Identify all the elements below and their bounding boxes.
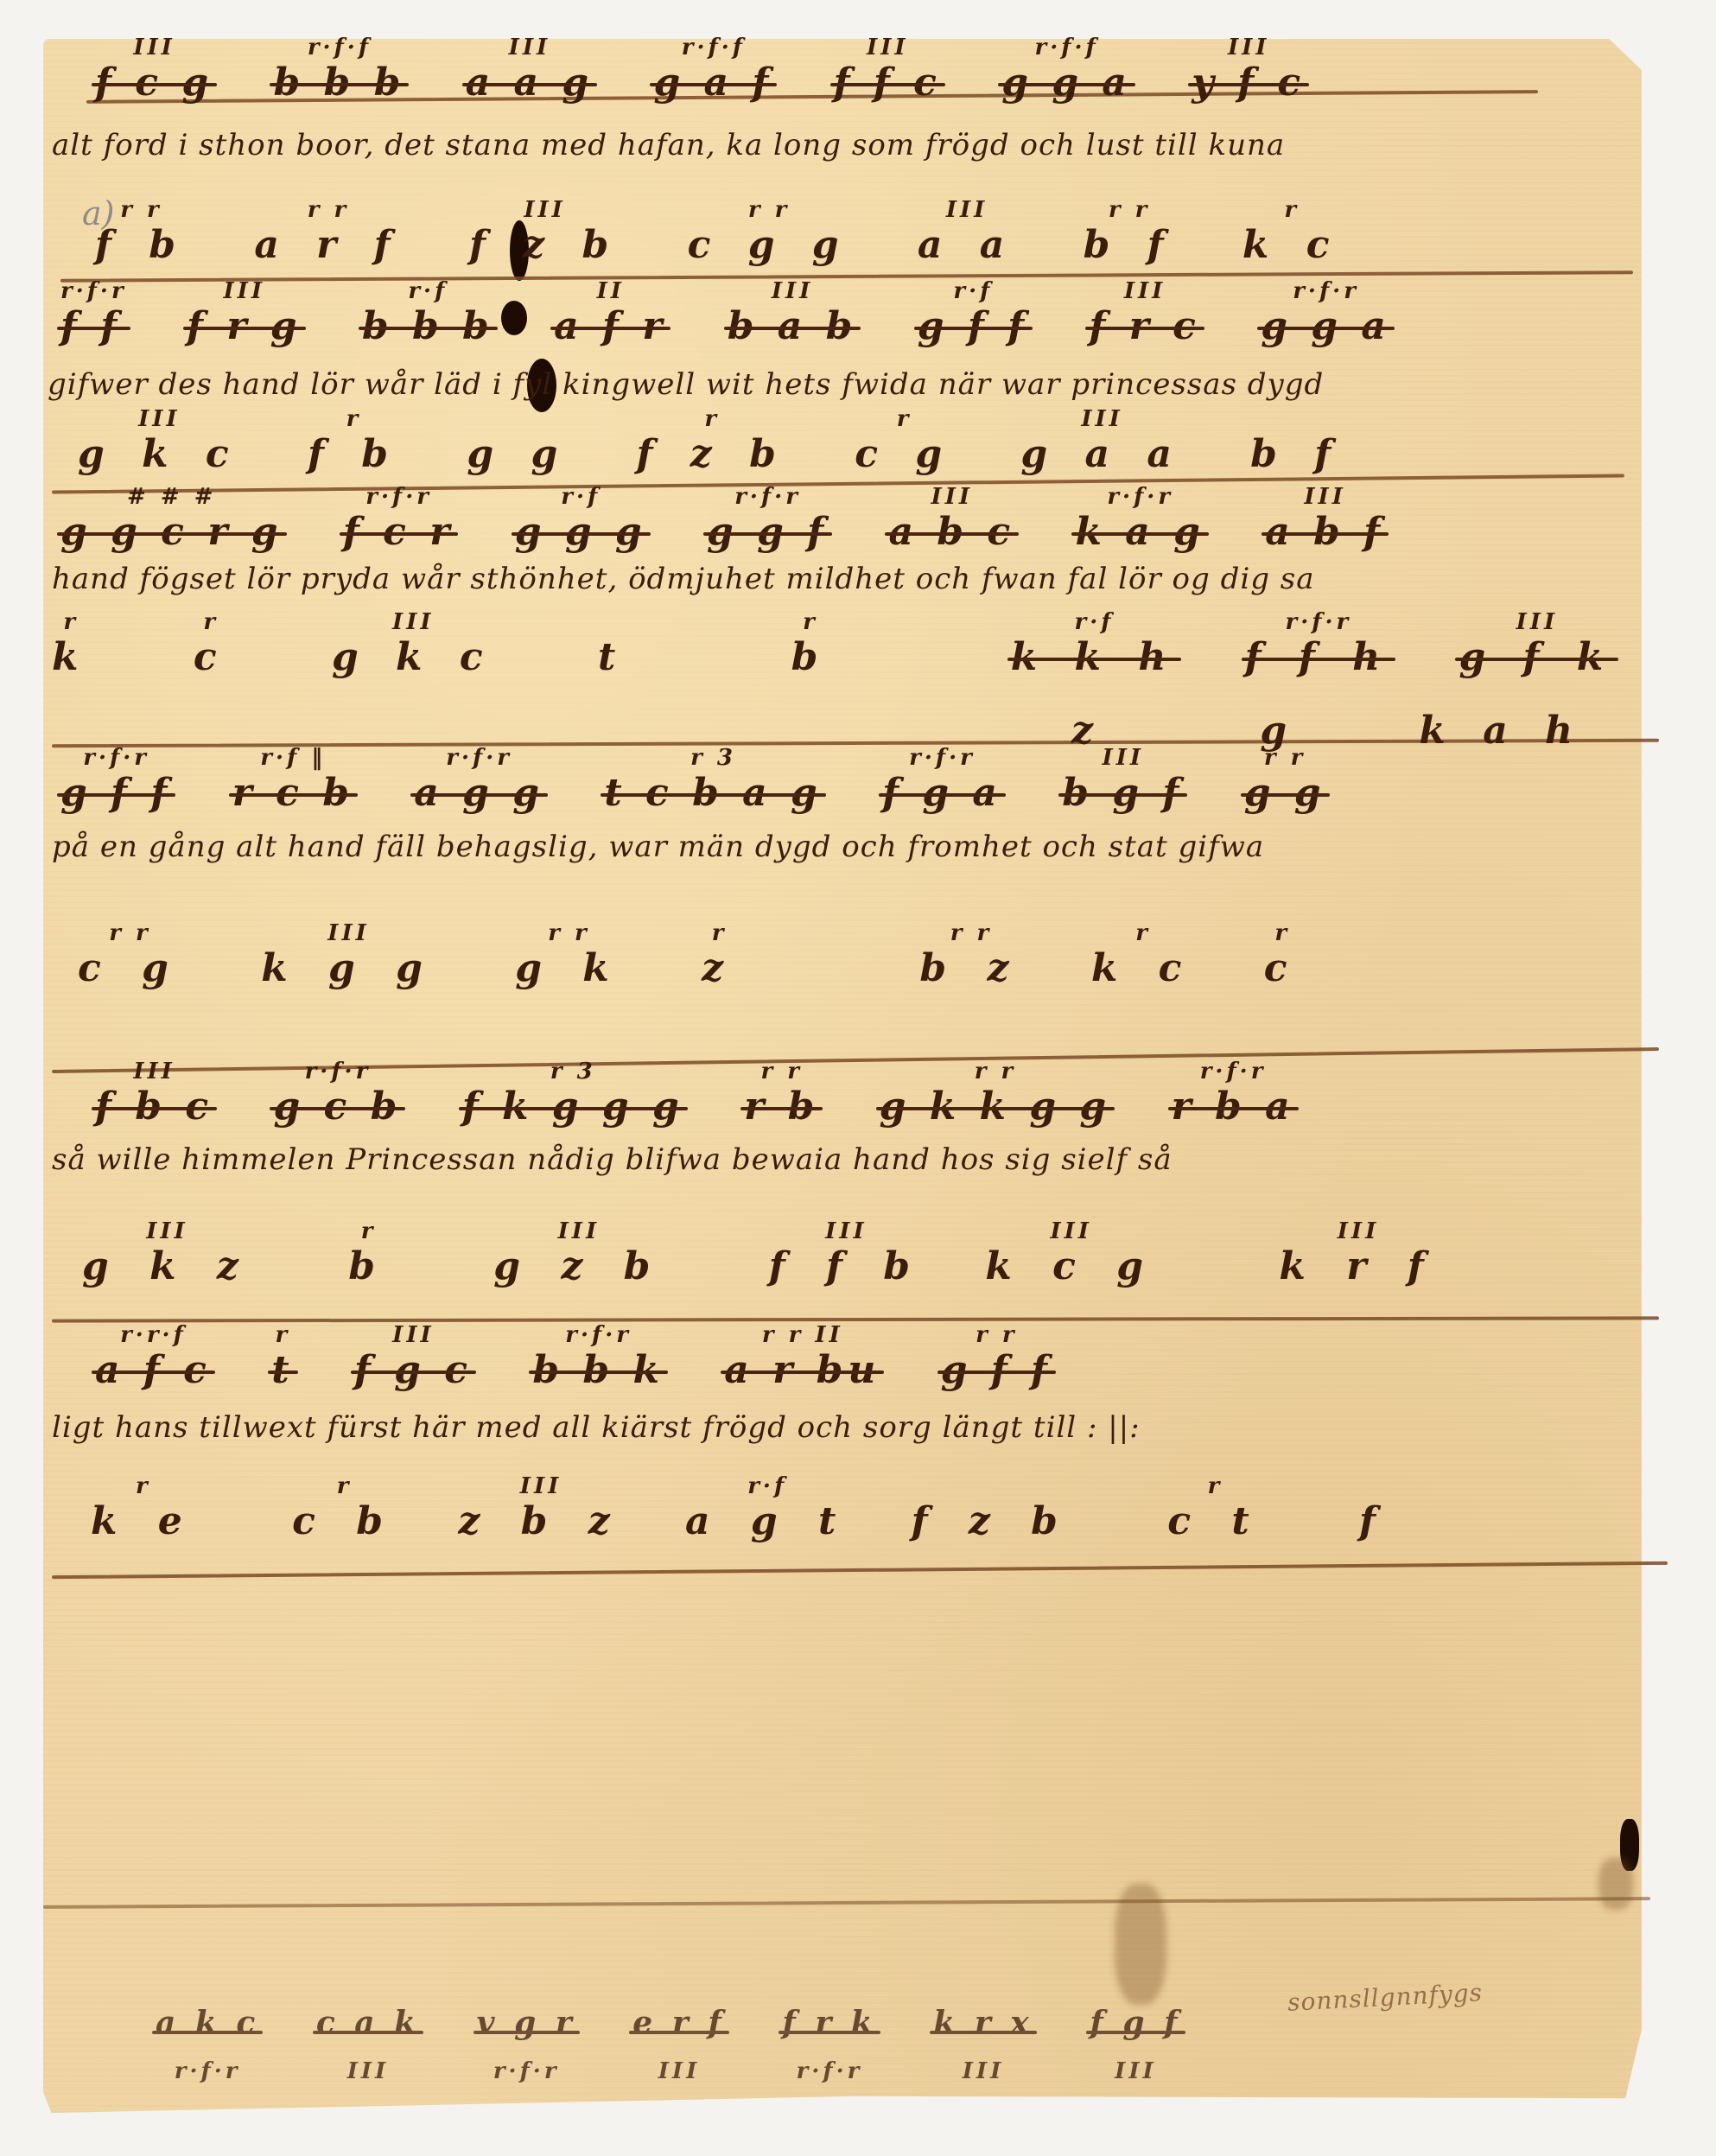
tab-group: v g rr·f·r xyxy=(477,2005,576,2084)
tablature-row: r·r·fa f c rt IIIf g c r·f·rb b k r r II… xyxy=(95,1322,1094,1392)
tab-group: f r kr·f·r xyxy=(782,2005,876,2084)
tab-group: c a kIII xyxy=(316,2005,420,2084)
tab-group: IIIk c g xyxy=(985,1218,1157,1288)
tab-group: k a h xyxy=(1419,683,1585,753)
tab-group: rc t xyxy=(1167,1473,1262,1543)
tab-group: r rg k xyxy=(515,920,623,990)
tab-group: b f xyxy=(1250,406,1343,476)
tab-group: rk c xyxy=(1243,197,1342,267)
tab-group: k r xIII xyxy=(933,2005,1033,2084)
tablature-row: r·f·rf f IIIf r g r·fb b b IIa f r IIIb … xyxy=(60,278,1433,348)
tab-group: rk c xyxy=(1091,920,1196,990)
tab-group: IIIb a b xyxy=(728,278,858,348)
tab-group: r·f·rb b k xyxy=(532,1322,664,1392)
tab-group: IIIf r g xyxy=(187,278,302,348)
tab-group: IIIf c g xyxy=(95,35,213,105)
tab-group: f g fIII xyxy=(1090,2005,1181,2084)
tab-group: IIIk g g xyxy=(261,920,436,990)
lyric-line: alt ford i sthon boor, det stana med haf… xyxy=(52,128,1285,162)
tab-group: IIIg a a xyxy=(1020,406,1183,476)
tab-group: r·f·rg f f xyxy=(60,745,172,815)
tab-group: r ra r f xyxy=(254,197,402,267)
tab-group: r rr b xyxy=(744,1059,819,1129)
tab-group: r·f·rg g a xyxy=(1261,278,1391,348)
tab-group: f xyxy=(1359,1473,1389,1543)
tab-group: r·f·rk a g xyxy=(1075,484,1204,554)
tab-group: IIIa a xyxy=(918,197,1016,267)
tab-group: e r fIII xyxy=(632,2005,725,2084)
tab-group: r·fg f f xyxy=(918,278,1029,348)
tab-group: r 3t c b a g xyxy=(604,745,822,815)
tab-group: IIIz b z xyxy=(458,1473,623,1543)
tab-group: IIIf g c xyxy=(354,1322,473,1392)
tab-group: rc g xyxy=(855,406,954,476)
tab-group: r·fb b b xyxy=(362,278,494,348)
tab-group: IIa f r xyxy=(554,278,667,348)
tab-group: IIIg k c xyxy=(332,609,495,679)
tab-group: r·f·fg g a xyxy=(1001,35,1132,105)
tab-group: r·f·rg g f xyxy=(707,484,829,554)
tab-group: r·fk k h xyxy=(1011,609,1179,679)
tab-group: rc xyxy=(194,609,229,679)
tab-group: IIIf f b xyxy=(769,1218,924,1288)
tab-group: r·f·rf f h xyxy=(1245,609,1392,679)
tab-group: rk e xyxy=(91,1473,196,1543)
tab-group: IIIb g f xyxy=(1062,745,1184,815)
tablature-row: IIIf b c r·f·rg c b r 3f k g g g r rr b … xyxy=(95,1059,1337,1129)
tab-group: r·f·rg c b xyxy=(273,1059,402,1129)
tab-group: IIIf b c xyxy=(95,1059,213,1129)
tab-group: rb xyxy=(348,1218,389,1288)
tablature-row: z g k a h xyxy=(1071,683,1626,753)
tab-group: g xyxy=(1260,683,1299,753)
tab-group: r rg g xyxy=(1244,745,1326,815)
lyric-line: på en gång alt hand fäll behagslig, war … xyxy=(52,830,1264,864)
tablature-row: r·f·rg f f r·f ‖r c b r·f·ra g g r 3t c … xyxy=(60,745,1368,815)
lyric-line: gifwer des hand lör wår läd i fyl kingwe… xyxy=(48,367,1324,402)
tablature-row: IIIg k z rb IIIg z b IIIf f b IIIk c g I… xyxy=(82,1218,1479,1288)
tab-group: rk xyxy=(52,609,91,679)
tab-group: a k cr·f·r xyxy=(156,2005,259,2084)
tab-group: f z b xyxy=(912,1473,1071,1543)
tab-group: r rc g xyxy=(78,920,182,990)
tab-group: r rf b xyxy=(95,197,187,267)
tab-group: rf b xyxy=(308,406,400,476)
tab-group: rt xyxy=(271,1322,294,1392)
tab-group: r rg f f xyxy=(941,1322,1052,1392)
tablature-row: IIIg k c rf b g g rf z b rc g IIIg a a b… xyxy=(78,406,1384,476)
tab-group: r·fa g t xyxy=(685,1473,849,1543)
tab-group: t xyxy=(598,609,627,679)
tab-group: IIIy f c xyxy=(1192,35,1306,105)
tab-group: r·f·ra g g xyxy=(414,745,544,815)
tab-group: r·r·fa f c xyxy=(95,1322,212,1392)
tab-group: g g xyxy=(467,406,569,476)
tablature-row: a k cr·f·r c a kIII v g rr·f·r e r fIII … xyxy=(156,2005,1223,2086)
tab-group: r r IIa r bu xyxy=(724,1322,880,1392)
tab-group: r·fg g g xyxy=(515,484,647,554)
tab-group: r·f·rf f xyxy=(60,278,127,348)
tab-group: IIIg z b xyxy=(493,1218,664,1288)
tab-group: r·f·rf c r xyxy=(343,484,455,554)
tab-group: rc b xyxy=(292,1473,397,1543)
ink-smudge xyxy=(1598,1858,1633,1910)
tab-group: IIIg k z xyxy=(82,1218,252,1288)
tab-group: r·f·fg a f xyxy=(653,35,773,105)
tab-group: IIIf f c xyxy=(834,35,942,105)
tab-group: r rb z xyxy=(919,920,1022,990)
tablature-row: r rf b r ra r f IIIf z b r rc g g IIIa a… xyxy=(95,197,1383,267)
tab-group: IIIg f k xyxy=(1459,609,1615,679)
tablature-row: rk e rc b IIIz b z r·fa g t f z b rc t f xyxy=(91,1473,1431,1543)
tab-group: rf z b xyxy=(637,406,788,476)
tablature-row: rk rc IIIg k c t rb r·fk k h r·f·rf f h … xyxy=(52,609,1656,679)
tablature-row: r rc g IIIk g g r rg k rz r rb z rk c rc xyxy=(78,920,1343,990)
tab-group: r 3f k g g g xyxy=(462,1059,684,1129)
tab-group: rz xyxy=(702,920,737,990)
lyric-line: ligt hans tillwext fürst här med all kiä… xyxy=(52,1410,1141,1445)
tab-group: z xyxy=(1071,683,1105,753)
tab-group: IIIf z b xyxy=(469,197,620,267)
tab-group: r rb f xyxy=(1084,197,1176,267)
tablature-row: # # #g g c r g r·f·rf c r r·fg g g r·f·r… xyxy=(60,484,1427,554)
tab-group: # # #g g c r g xyxy=(60,484,283,554)
lyric-line: hand fögset lör pryda wår sthönhet, ödmj… xyxy=(52,562,1315,596)
tablature-row: IIIf c g r·f·fb b b IIIa a g r·f·fg a f … xyxy=(95,35,1347,105)
tab-group: IIIf r c xyxy=(1089,278,1201,348)
tab-group: rc xyxy=(1264,920,1301,990)
tab-group: r·f·rr b a xyxy=(1172,1059,1295,1129)
lyric-line: så wille himmelen Princessan nådig blifw… xyxy=(52,1142,1173,1177)
tab-group: r·f·rf g a xyxy=(882,745,1002,815)
tab-group: r·f ‖r c b xyxy=(232,745,354,815)
tab-group: r rc g g xyxy=(688,197,851,267)
tab-group: r rg k k g g xyxy=(880,1059,1112,1129)
tab-group: IIIk r f xyxy=(1279,1218,1437,1288)
tab-group: IIIg k c xyxy=(78,406,241,476)
tab-group: IIIa b c xyxy=(888,484,1015,554)
tab-group: r·f·fb b b xyxy=(273,35,405,105)
tab-group: IIIa a g xyxy=(466,35,594,105)
tab-group: IIIa b f xyxy=(1265,484,1385,554)
tab-group: rb xyxy=(791,609,830,679)
